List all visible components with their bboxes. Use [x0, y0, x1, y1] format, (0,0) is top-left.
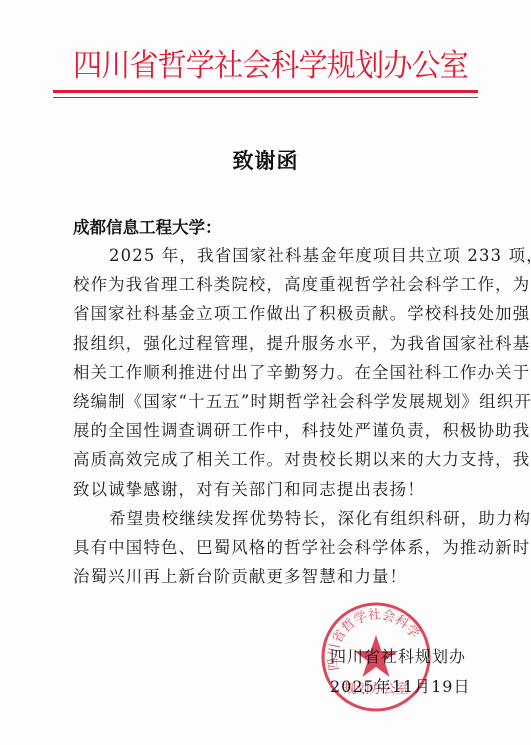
body-line: 希望贵校继续发挥优势特长，深化有组织科研，助力构建	[73, 504, 473, 533]
body-line: 具有中国特色、巴蜀风格的哲学社会科学体系，为推动新时代	[73, 533, 473, 562]
body-line: 校作为我省理工科类院校，高度重视哲学社会科学工作，为全	[73, 270, 473, 299]
body-line: 展的全国性调查调研工作中，科技处严谨负责，积极协助我办	[73, 416, 473, 445]
letter-body: 2025 年，我省国家社科基金年度项目共立项 233 项，贵 校作为我省理工科类…	[73, 241, 473, 591]
body-line: 高质高效完成了相关工作。对贵校长期以来的大力支持，我办	[73, 445, 473, 474]
body-line: 2025 年，我省国家社科基金年度项目共立项 233 项，贵	[73, 241, 473, 270]
body-line: 绕编制《国家“十五五”时期哲学社会科学发展规划》组织开	[73, 387, 473, 416]
body-line: 治蜀兴川再上新台阶贡献更多智慧和力量！	[73, 562, 473, 591]
body-line: 相关工作顺利推进付出了辛勤努力。在全国社科工作办关于围	[73, 358, 473, 387]
document-title: 致谢函	[0, 145, 531, 175]
body-line: 报组织，强化过程管理，提升服务水平，为我省国家社科基金	[73, 329, 473, 358]
seal-bottom-text: 规划办公室	[343, 681, 408, 697]
body-line: 省国家社科基金立项工作做出了积极贡献。学校科技处加强申	[73, 299, 473, 328]
official-seal-icon: 四川省哲学社会科学 规划办公室	[320, 601, 432, 713]
letterhead-rule-thick	[53, 90, 478, 93]
body-line: 致以诚挚感谢，对有关部门和同志提出表扬！	[73, 475, 473, 504]
salutation: 成都信息工程大学：	[73, 214, 222, 238]
letterhead-org-name: 四川省哲学社会科学规划办公室	[73, 46, 434, 86]
letterhead-rule-thin	[53, 97, 478, 99]
